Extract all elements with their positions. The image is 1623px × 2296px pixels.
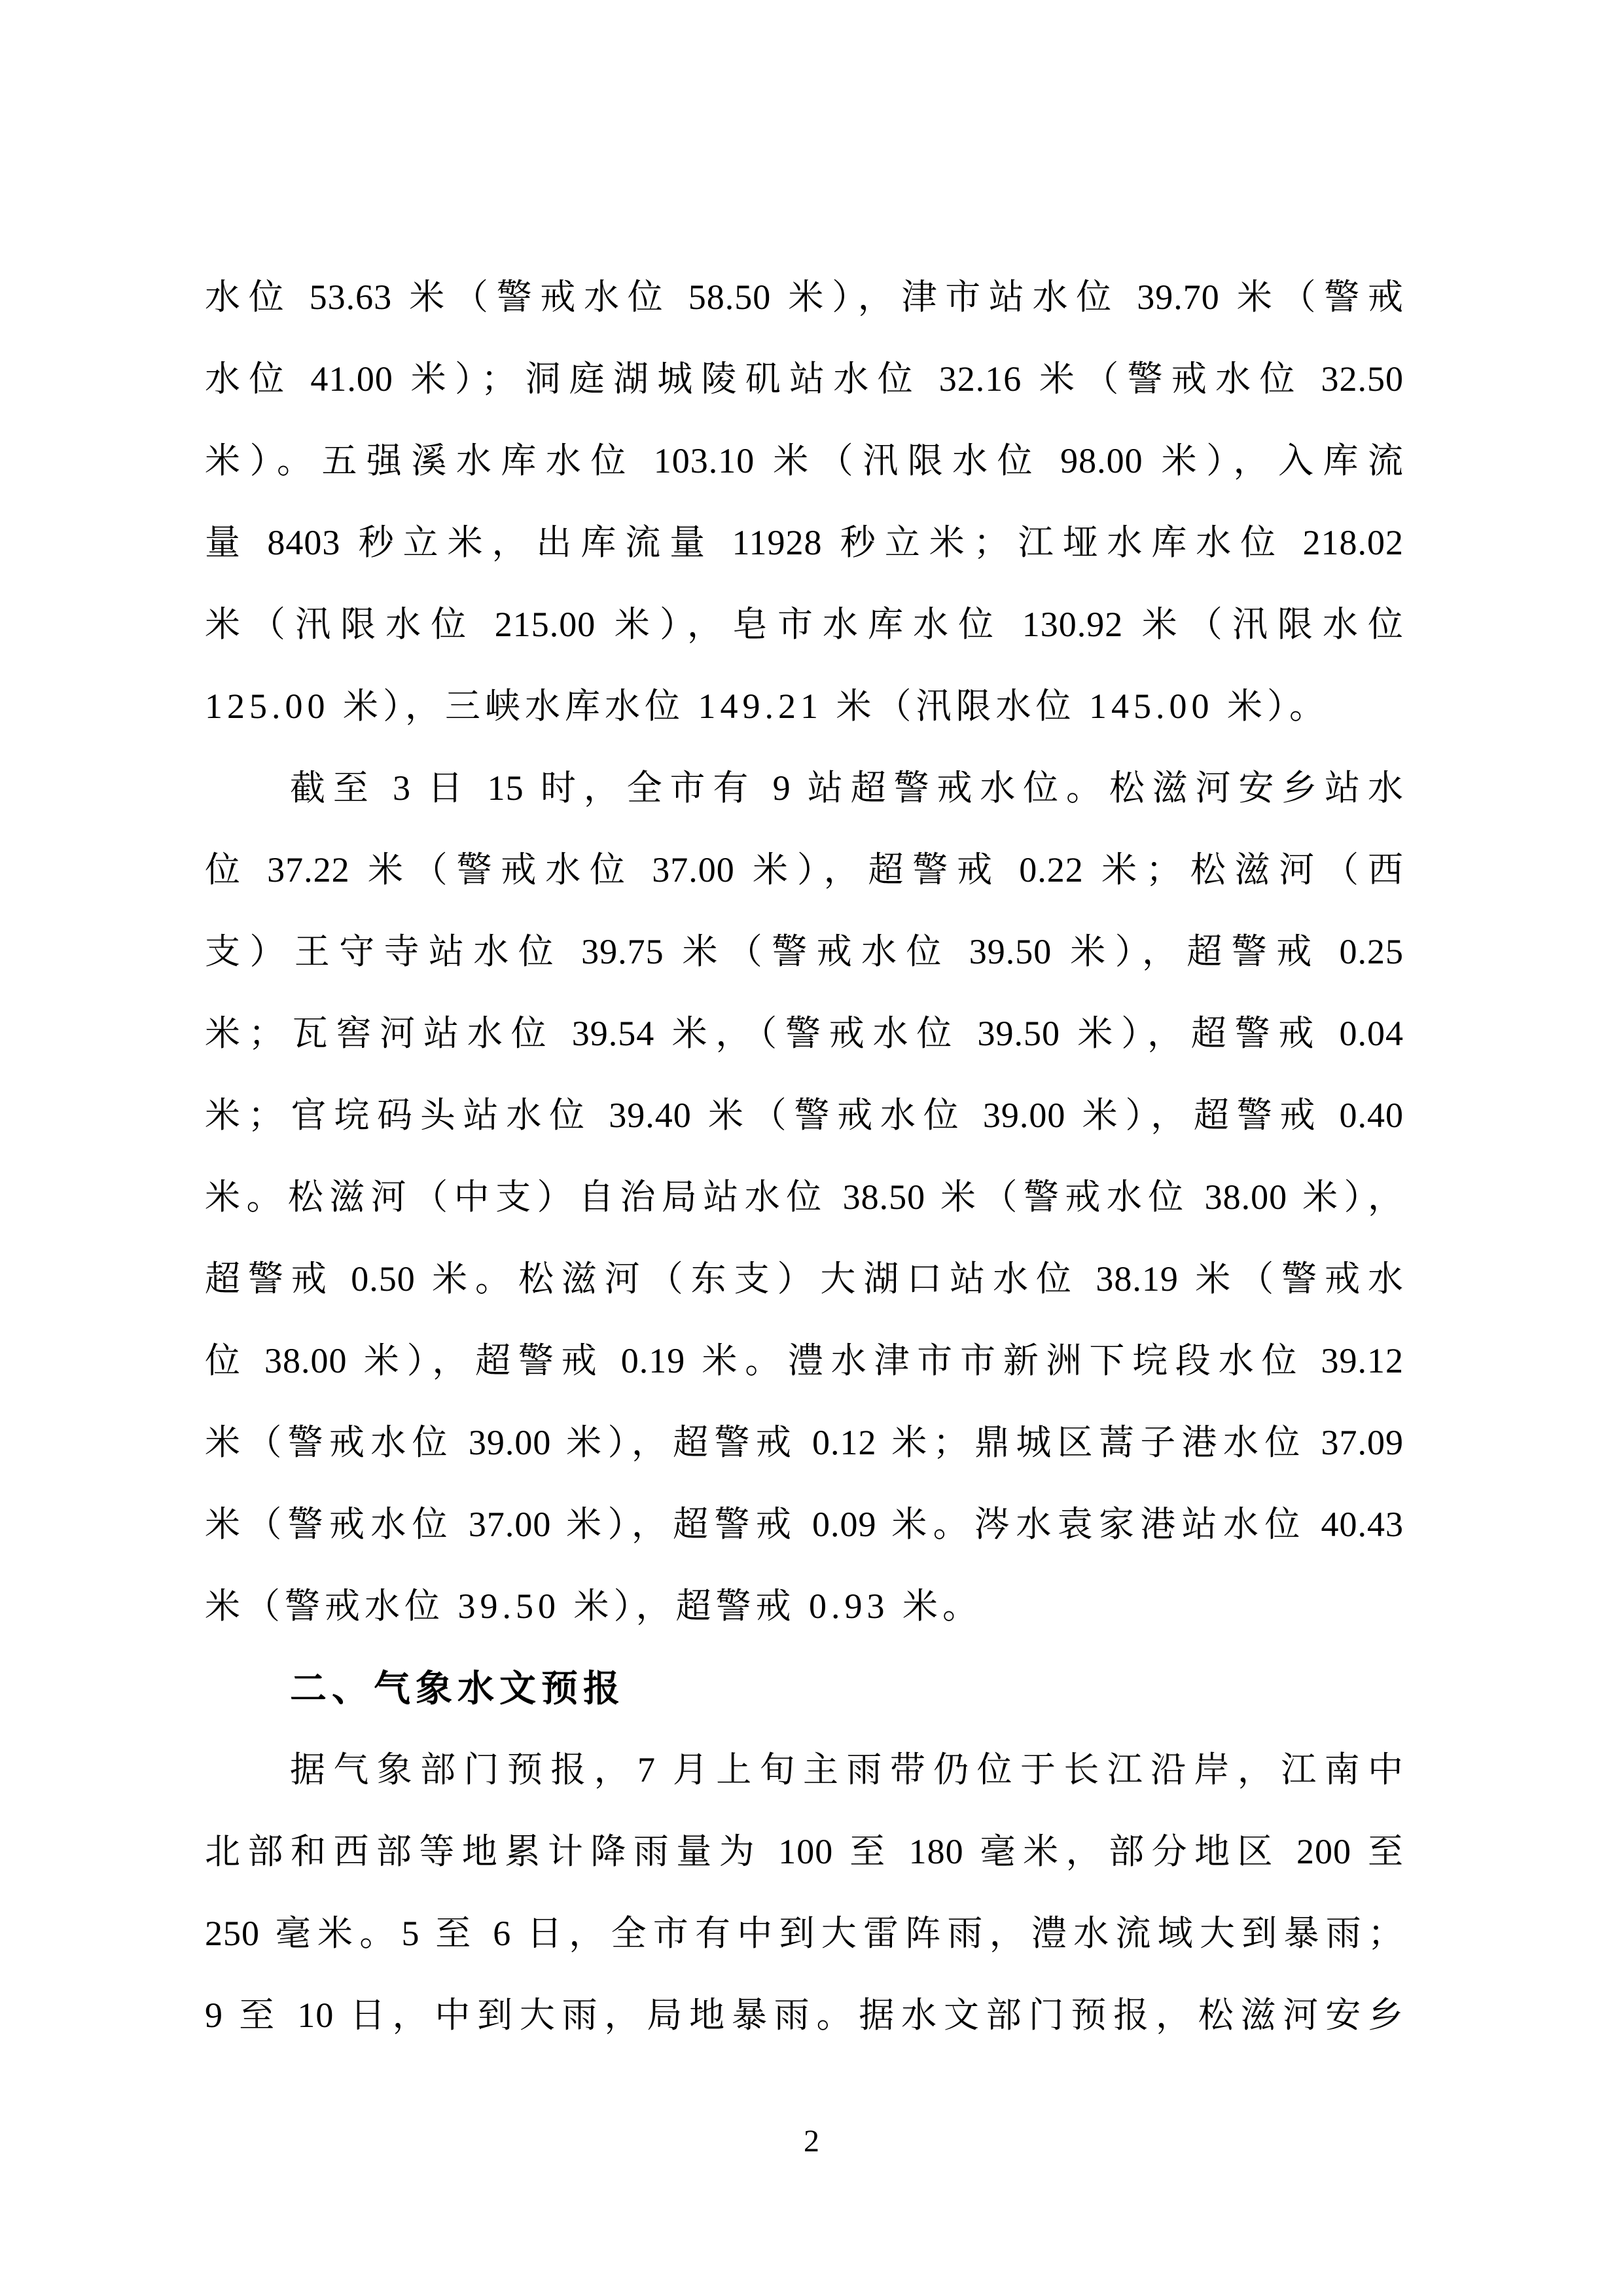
text-line: 米（汛限水位 215.00 米），皂市水库水位 130.92 米（汛限水位 <box>205 584 1404 666</box>
page-number: 2 <box>0 2125 1623 2159</box>
text-line: 水位 53.63 米（警戒水位 58.50 米），津市站水位 39.70 米（警… <box>205 257 1404 338</box>
text-line: 米；瓦窖河站水位 39.54 米，（警戒水位 39.50 米），超警戒 0.04 <box>205 993 1404 1075</box>
text-line: 北部和西部等地累计降雨量为 100 至 180 毫米，部分地区 200 至 <box>205 1811 1404 1893</box>
text-line: 米（警戒水位 37.00 米），超警戒 0.09 米。涔水袁家港站水位 40.4… <box>205 1484 1404 1566</box>
text-line: 米。松滋河（中支）自治局站水位 38.50 米（警戒水位 38.00 米）， <box>205 1157 1404 1238</box>
text-line: 位 38.00 米），超警戒 0.19 米。澧水津市市新洲下垸段水位 39.12 <box>205 1320 1404 1402</box>
text-line: 米）。五强溪水库水位 103.10 米（汛限水位 98.00 米），入库流 <box>205 420 1404 502</box>
text-line: 量 8403 秒立米，出库流量 11928 秒立米；江垭水库水位 218.02 <box>205 502 1404 584</box>
section-heading: 二、气象水文预报 <box>205 1647 1404 1729</box>
text-line: 250 毫米。5 至 6 日，全市有中到大雷阵雨，澧水流域大到暴雨； <box>205 1893 1404 1975</box>
document-body: 水位 53.63 米（警戒水位 58.50 米），津市站水位 39.70 米（警… <box>205 257 1404 2056</box>
text-line: 125.00 米），三峡水库水位 149.21 米（汛限水位 145.00 米）… <box>205 666 1404 747</box>
text-line: 支）王守寺站水位 39.75 米（警戒水位 39.50 米），超警戒 0.25 <box>205 911 1404 993</box>
document-page: 水位 53.63 米（警戒水位 58.50 米），津市站水位 39.70 米（警… <box>0 0 1623 2296</box>
text-line: 据气象部门预报，7 月上旬主雨带仍位于长江沿岸，江南中 <box>205 1729 1404 1811</box>
text-line: 超警戒 0.50 米。松滋河（东支）大湖口站水位 38.19 米（警戒水 <box>205 1238 1404 1320</box>
text-line: 位 37.22 米（警戒水位 37.00 米），超警戒 0.22 米；松滋河（西 <box>205 829 1404 911</box>
text-line: 水位 41.00 米）；洞庭湖城陵矶站水位 32.16 米（警戒水位 32.50 <box>205 338 1404 420</box>
text-line: 截至 3 日 15 时，全市有 9 站超警戒水位。松滋河安乡站水 <box>205 747 1404 829</box>
text-line: 米；官垸码头站水位 39.40 米（警戒水位 39.00 米），超警戒 0.40 <box>205 1075 1404 1157</box>
text-line: 9 至 10 日，中到大雨，局地暴雨。据水文部门预报，松滋河安乡 <box>205 1975 1404 2056</box>
text-line: 米（警戒水位 39.50 米），超警戒 0.93 米。 <box>205 1566 1404 1647</box>
text-line: 米（警戒水位 39.00 米），超警戒 0.12 米；鼎城区蒿子港水位 37.0… <box>205 1402 1404 1484</box>
